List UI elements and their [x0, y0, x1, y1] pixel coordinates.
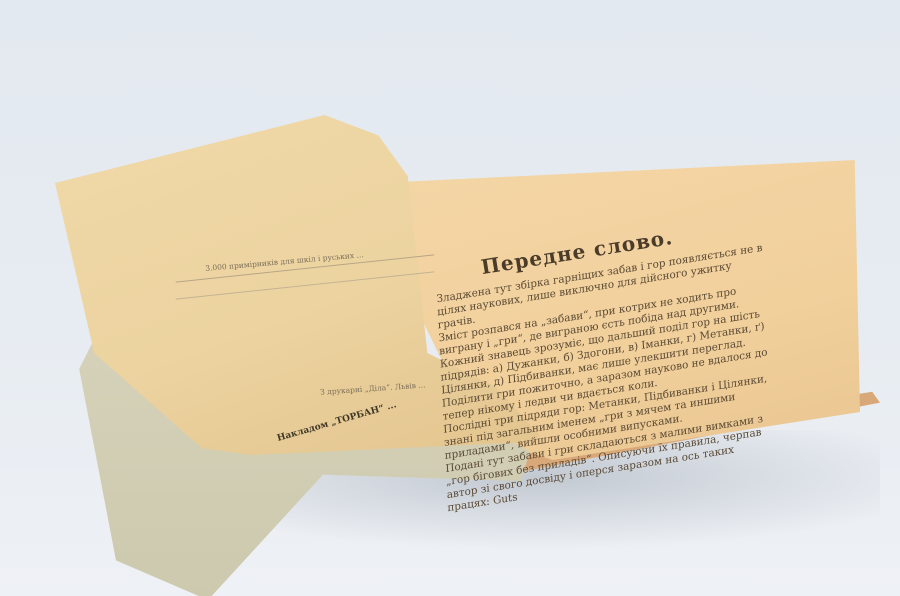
- photo-scene: Передне слово. Зладжена тут збірка гарні…: [0, 0, 900, 596]
